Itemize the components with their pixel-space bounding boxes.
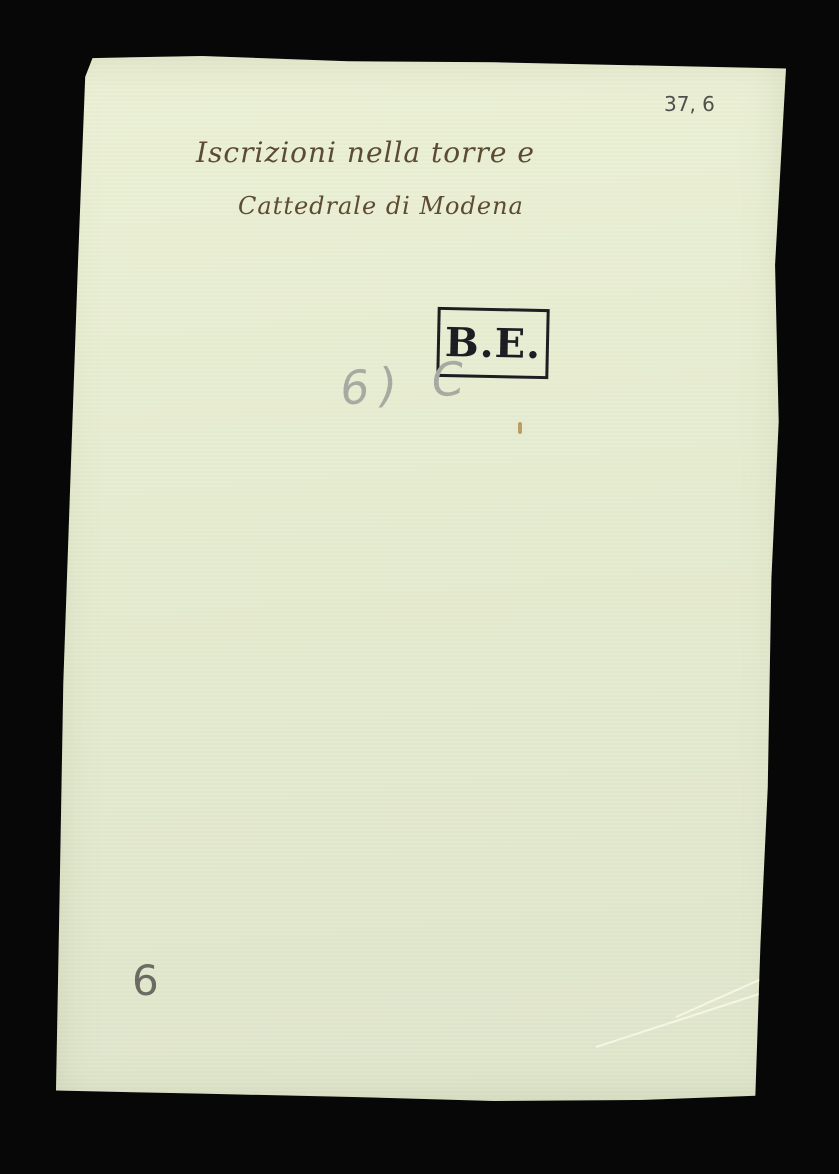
page-number: 6 <box>132 956 159 1005</box>
handwritten-title-line-2: Cattedrale di Modena <box>238 192 524 220</box>
pencil-annotation: 6) C <box>338 350 476 415</box>
paper-sheet: Iscrizioni nella torre e Cattedrale di M… <box>56 56 786 1101</box>
reference-number: 37, 6 <box>664 92 715 116</box>
ink-spot <box>518 422 522 434</box>
paper-crease <box>596 990 768 1048</box>
handwritten-title-line-1: Iscrizioni nella torre e <box>196 136 535 169</box>
